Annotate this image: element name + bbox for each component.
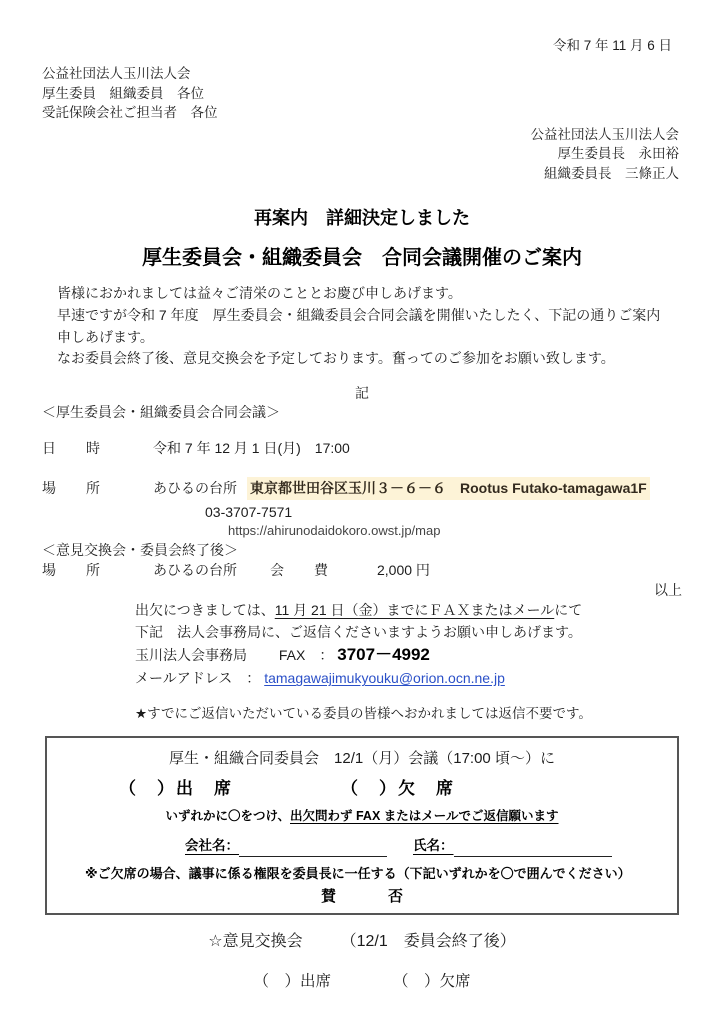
proxy-note: ※ご欠席の場合、議事に係る権限を委員長に一任する（下記いずれかを〇で囲んでくださ… — [57, 865, 667, 883]
form-title: 厚生・組織合同委員会 12/1（月）会議（17:00 頃～）に — [57, 748, 667, 770]
closing-marker: 以上 — [0, 581, 724, 600]
reply-deadline-line: 出欠につきましては、11 月 21 日（金）までにＦＡＸまたはメールにて — [135, 600, 724, 622]
reply-form-box: 厚生・組織合同委員会 12/1（月）会議（17:00 頃～）に （ ）出 席 （… — [45, 736, 679, 915]
sender-line: 組織委員長 三條正人 — [0, 164, 679, 184]
exchange-title: ☆意見交換会 — [208, 931, 302, 953]
office-fax-line: 玉川法人会事務局 FAX ： 3707－4992 — [135, 643, 724, 667]
company-label: 会社名： — [185, 835, 239, 857]
place-label: 場 所 — [42, 560, 108, 581]
place-row: 場 所 あひるの台所 東京都世田谷区玉川３－６－６ Rootus Futako-… — [42, 477, 724, 500]
exchange-place-row: 場 所 あひるの台所 会 費 2,000 円 — [42, 560, 724, 581]
map-url: https://ahirunodaidokoro.owst.jp/map — [228, 522, 724, 540]
recipient-block: 公益社団法人玉川法人会 厚生委員 組織委員 各位 受託保険会社ご担当者 各位 — [42, 64, 724, 123]
datetime-row: 日 時 令和 7 年 12 月 1 日(月) 17:00 — [42, 438, 724, 459]
datetime-value: 令和 7 年 12 月 1 日(月) 17:00 — [153, 438, 350, 459]
greeting-line: 皆様におかれましては益々ご清栄のこととお慶び申しあげます。 — [57, 283, 724, 305]
greeting-line: 申しあげます。 — [57, 327, 724, 349]
reply-request-line: 下記 法人会事務局に、ご返信くださいますようお願い申しあげます。 — [135, 622, 724, 644]
meeting-section-title: ＜厚生委員会・組織委員会合同会議＞ — [42, 402, 724, 422]
sender-block: 公益社団法人玉川法人会 厚生委員長 永田裕 組織委員長 三條正人 — [0, 125, 724, 184]
circle-instruction-pre: いずれかに〇をつけ、 — [165, 809, 290, 823]
exchange-timing: （12/1 委員会終了後） — [341, 931, 516, 953]
greeting-line: 早速ですが令和 7 年度 厚生委員会・組織委員会合同会議を開催いたしたく、下記の… — [57, 305, 724, 327]
reply-instructions: 出欠につきましては、11 月 21 日（金）までにＦＡＸまたはメールにて 下記 … — [135, 600, 724, 689]
notice-subtitle: 再案内 詳細決定しました — [0, 205, 724, 231]
office-name: 玉川法人会事務局 — [135, 647, 247, 663]
fax-number: 3707－4992 — [337, 645, 430, 664]
exchange-footer-title: ☆意見交換会 （12/1 委員会終了後） — [0, 931, 724, 953]
datetime-label: 日 時 — [42, 438, 108, 459]
place-label: 場 所 — [42, 478, 108, 499]
recipient-line: 公益社団法人玉川法人会 — [42, 64, 724, 84]
already-replied-note: ★すでにご返信いただいている委員の皆様へおかれましては返信不要です。 — [135, 703, 724, 724]
exchange-section-title: ＜意見交換会・委員会終了後＞ — [42, 540, 724, 560]
reply-deadline-pre: 出欠につきましては、 — [135, 602, 275, 618]
email-line: メールアドレス ： tamagawajimukyouku@orion.ocn.n… — [135, 667, 724, 689]
absent-option: （ ）欠席 — [393, 971, 471, 993]
oppose-label: 否 — [388, 887, 403, 907]
attend-option: （ ）出 席 — [119, 776, 233, 802]
absent-option: （ ）欠 席 — [341, 776, 455, 802]
name-label: 氏名： — [413, 835, 454, 857]
recipient-line: 厚生委員 組織委員 各位 — [42, 84, 724, 104]
recipient-line: 受託保険会社ご担当者 各位 — [42, 103, 724, 123]
issue-date: 令和 7 年 11 月 6 日 — [0, 36, 724, 56]
reply-deadline-underlined: 11 月 21 日（金）までにＦＡＸまたはメール — [275, 602, 555, 618]
attend-option: （ ）出席 — [253, 971, 331, 993]
circle-instruction: いずれかに〇をつけ、出欠問わず FAX またはメールでご返信願います — [57, 807, 667, 825]
document-page: 令和 7 年 11 月 6 日 公益社団法人玉川法人会 厚生委員 組織委員 各位… — [0, 0, 724, 1024]
attendance-options: （ ）出 席 （ ）欠 席 — [57, 776, 667, 802]
fee-value: 2,000 円 — [377, 560, 430, 581]
fax-label: FAX ： — [279, 647, 333, 663]
email-label: メールアドレス ： — [135, 670, 260, 686]
greeting-paragraph: 皆様におかれましては益々ご清栄のこととお慶び申しあげます。 早速ですが令和 7 … — [57, 283, 724, 370]
company-name-blank — [239, 840, 387, 857]
sender-line: 厚生委員長 永田裕 — [0, 144, 679, 164]
greeting-line: なお委員会終了後、意見交換会を予定しております。奮ってのご参加をお願い致します。 — [57, 348, 724, 370]
venue-name: あひるの台所 — [153, 560, 237, 581]
reply-deadline-post: にて — [554, 602, 582, 618]
venue-name: あひるの台所 — [153, 478, 237, 499]
venue-phone: 03-3707-7571 — [205, 502, 724, 522]
approve-label: 賛 — [321, 887, 336, 907]
circle-instruction-underlined: 出欠問わず FAX またはメールでご返信願います — [290, 809, 559, 823]
identity-fields: 会社名： 氏名： — [57, 835, 667, 857]
record-marker: 記 — [0, 384, 724, 402]
exchange-attendance-options: （ ）出席 （ ）欠席 — [0, 971, 724, 993]
sender-line: 公益社団法人玉川法人会 — [0, 125, 679, 145]
person-name-blank — [454, 840, 612, 857]
venue-address-highlight: 東京都世田谷区玉川３－６－６ Rootus Futako-tamagawa1F — [247, 477, 650, 500]
fee-label: 会 費 — [270, 560, 336, 581]
notice-title: 厚生委員会・組織委員会 合同会議開催のご案内 — [0, 243, 724, 273]
approve-oppose-options: 賛 否 — [57, 887, 667, 907]
email-link[interactable]: tamagawajimukyouku@orion.ocn.ne.jp — [264, 670, 505, 686]
